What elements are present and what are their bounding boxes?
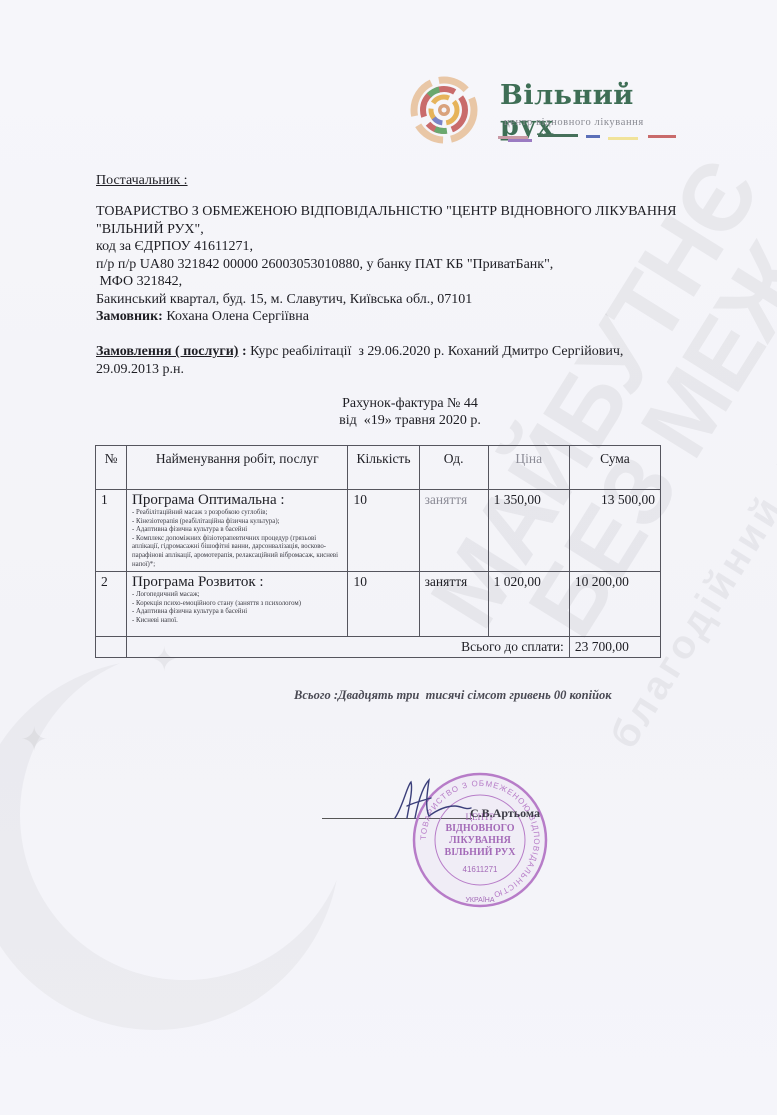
row-number: 2 xyxy=(96,572,127,637)
row-service: Програма Розвиток : - Логопедичний масаж… xyxy=(127,572,348,637)
handwritten-signature-icon xyxy=(385,776,475,826)
supplier-line: ТОВАРИСТВО З ОБМЕЖЕНОЮ ВІДПОВІДАЛЬНІСТЮ … xyxy=(96,203,676,221)
stamp-code: 41611271 xyxy=(463,865,499,874)
col-header-sum: Сума xyxy=(569,446,660,490)
logo-subtitle: центр відновного лікування xyxy=(504,117,644,128)
order-label: Замовлення ( послуги) xyxy=(96,344,238,359)
customer-label: Замовник: xyxy=(96,309,163,324)
service-details: - Логопедичний масаж; - Корекція психо-е… xyxy=(132,591,342,625)
row-service: Програма Оптимальна : - Реабілітаційний … xyxy=(127,490,348,572)
logo-color-bars xyxy=(498,134,688,140)
table-total-row: Всього до сплати: 23 700,00 xyxy=(96,637,661,658)
row-unit: заняття xyxy=(419,490,488,572)
supplier-label: Постачальник : xyxy=(96,172,188,190)
order-separator: : xyxy=(238,344,250,359)
col-header-name: Найменування робіт, послуг xyxy=(127,446,348,490)
supplier-line: Бакинський квартал, буд. 15, м. Славутич… xyxy=(96,291,676,309)
service-detail-line: - Реабілітаційний масаж з розробкою сугл… xyxy=(132,509,342,518)
table-header-row: № Найменування робіт, послуг Кількість О… xyxy=(96,446,661,490)
row-quantity: 10 xyxy=(348,490,419,572)
supplier-line: "ВІЛЬНИЙ РУХ", xyxy=(96,221,676,239)
supplier-details: ТОВАРИСТВО З ОБМЕЖЕНОЮ ВІДПОВІДАЛЬНІСТЮ … xyxy=(96,203,676,326)
invoice-table: № Найменування робіт, послуг Кількість О… xyxy=(95,445,661,658)
invoice-title: Рахунок-фактура № 44 xyxy=(300,395,520,412)
invoice-page: ✦ ✦ МАЙБУТНЄ БЕЗ МЕЖ благодійний фонд Ві… xyxy=(0,0,777,1115)
amount-in-words: Всього :Двадцять три тисячі сімсот гриве… xyxy=(294,688,612,703)
row-price: 1 020,00 xyxy=(488,572,569,637)
supplier-line: код за ЄДРПОУ 41611271, xyxy=(96,238,676,256)
service-detail-line: - Адаптивна фізична культура в басейні xyxy=(132,526,342,535)
logo-swirl-icon xyxy=(408,72,480,144)
supplier-line: п/р п/р UA80 321842 00000 26003053010880… xyxy=(96,256,676,274)
supplier-label-text: Постачальник : xyxy=(96,173,188,188)
service-detail-line: - Комплекс допоміжних фізіотерапевтичних… xyxy=(132,535,342,569)
customer-name: Кохана Олена Сергіївна xyxy=(163,309,309,324)
row-sum: 10 200,00 xyxy=(569,572,660,637)
invoice-date: від «19» травня 2020 р. xyxy=(300,412,520,429)
service-name: Програма Оптимальна : xyxy=(132,492,342,508)
row-unit: заняття xyxy=(419,572,488,637)
col-header-quantity: Кількість xyxy=(348,446,419,490)
total-value: 23 700,00 xyxy=(569,637,660,658)
company-logo: Вільний рух центр відновного лікування xyxy=(400,62,690,142)
row-price: 1 350,00 xyxy=(488,490,569,572)
stamp-country: УКРАЇНА xyxy=(465,896,494,904)
stamp-line: ВІЛЬНИЙ РУХ xyxy=(445,846,517,858)
row-quantity: 10 xyxy=(348,572,419,637)
row-sum: 13 500,00 xyxy=(569,490,660,572)
service-detail-line: - Адаптивна фізична культура в басейні xyxy=(132,608,342,617)
order-birthdate: 29.09.2013 р.н. xyxy=(96,361,623,379)
col-header-price: Ціна xyxy=(488,446,569,490)
logo-title: Вільний рух xyxy=(500,80,690,142)
total-label: Всього до сплати: xyxy=(127,637,570,658)
invoice-heading: Рахунок-фактура № 44 від «19» травня 202… xyxy=(300,395,520,429)
col-header-unit: Од. xyxy=(419,446,488,490)
service-detail-line: - Кінезіотерапія (реабілітаційна фізична… xyxy=(132,518,342,527)
order-details: Замовлення ( послуги) : Курс реабілітаці… xyxy=(96,343,623,378)
service-details: - Реабілітаційний масаж з розробкою сугл… xyxy=(132,509,342,569)
customer-line: Замовник: Кохана Олена Сергіївна xyxy=(96,308,676,326)
signer-name: С.В.Артьома xyxy=(470,806,540,821)
table-row: 2 Програма Розвиток : - Логопедичний мас… xyxy=(96,572,661,637)
table-row: 1 Програма Оптимальна : - Реабілітаційни… xyxy=(96,490,661,572)
service-detail-line: - Логопедичний масаж; xyxy=(132,591,342,600)
col-header-number: № xyxy=(96,446,127,490)
order-description: Курс реабілітації з 29.06.2020 р. Кохани… xyxy=(250,344,623,359)
row-number: 1 xyxy=(96,490,127,572)
service-detail-line: - Корекція психо-емоційного стану (занят… xyxy=(132,600,342,609)
total-empty-cell xyxy=(96,637,127,658)
watermark-star-icon: ✦ xyxy=(20,720,49,760)
stamp-line: ЛІКУВАННЯ xyxy=(449,835,512,846)
service-detail-line: - Кисневі напої. xyxy=(132,617,342,626)
supplier-line: МФО 321842, xyxy=(96,273,676,291)
service-name: Програма Розвиток : xyxy=(132,574,342,590)
